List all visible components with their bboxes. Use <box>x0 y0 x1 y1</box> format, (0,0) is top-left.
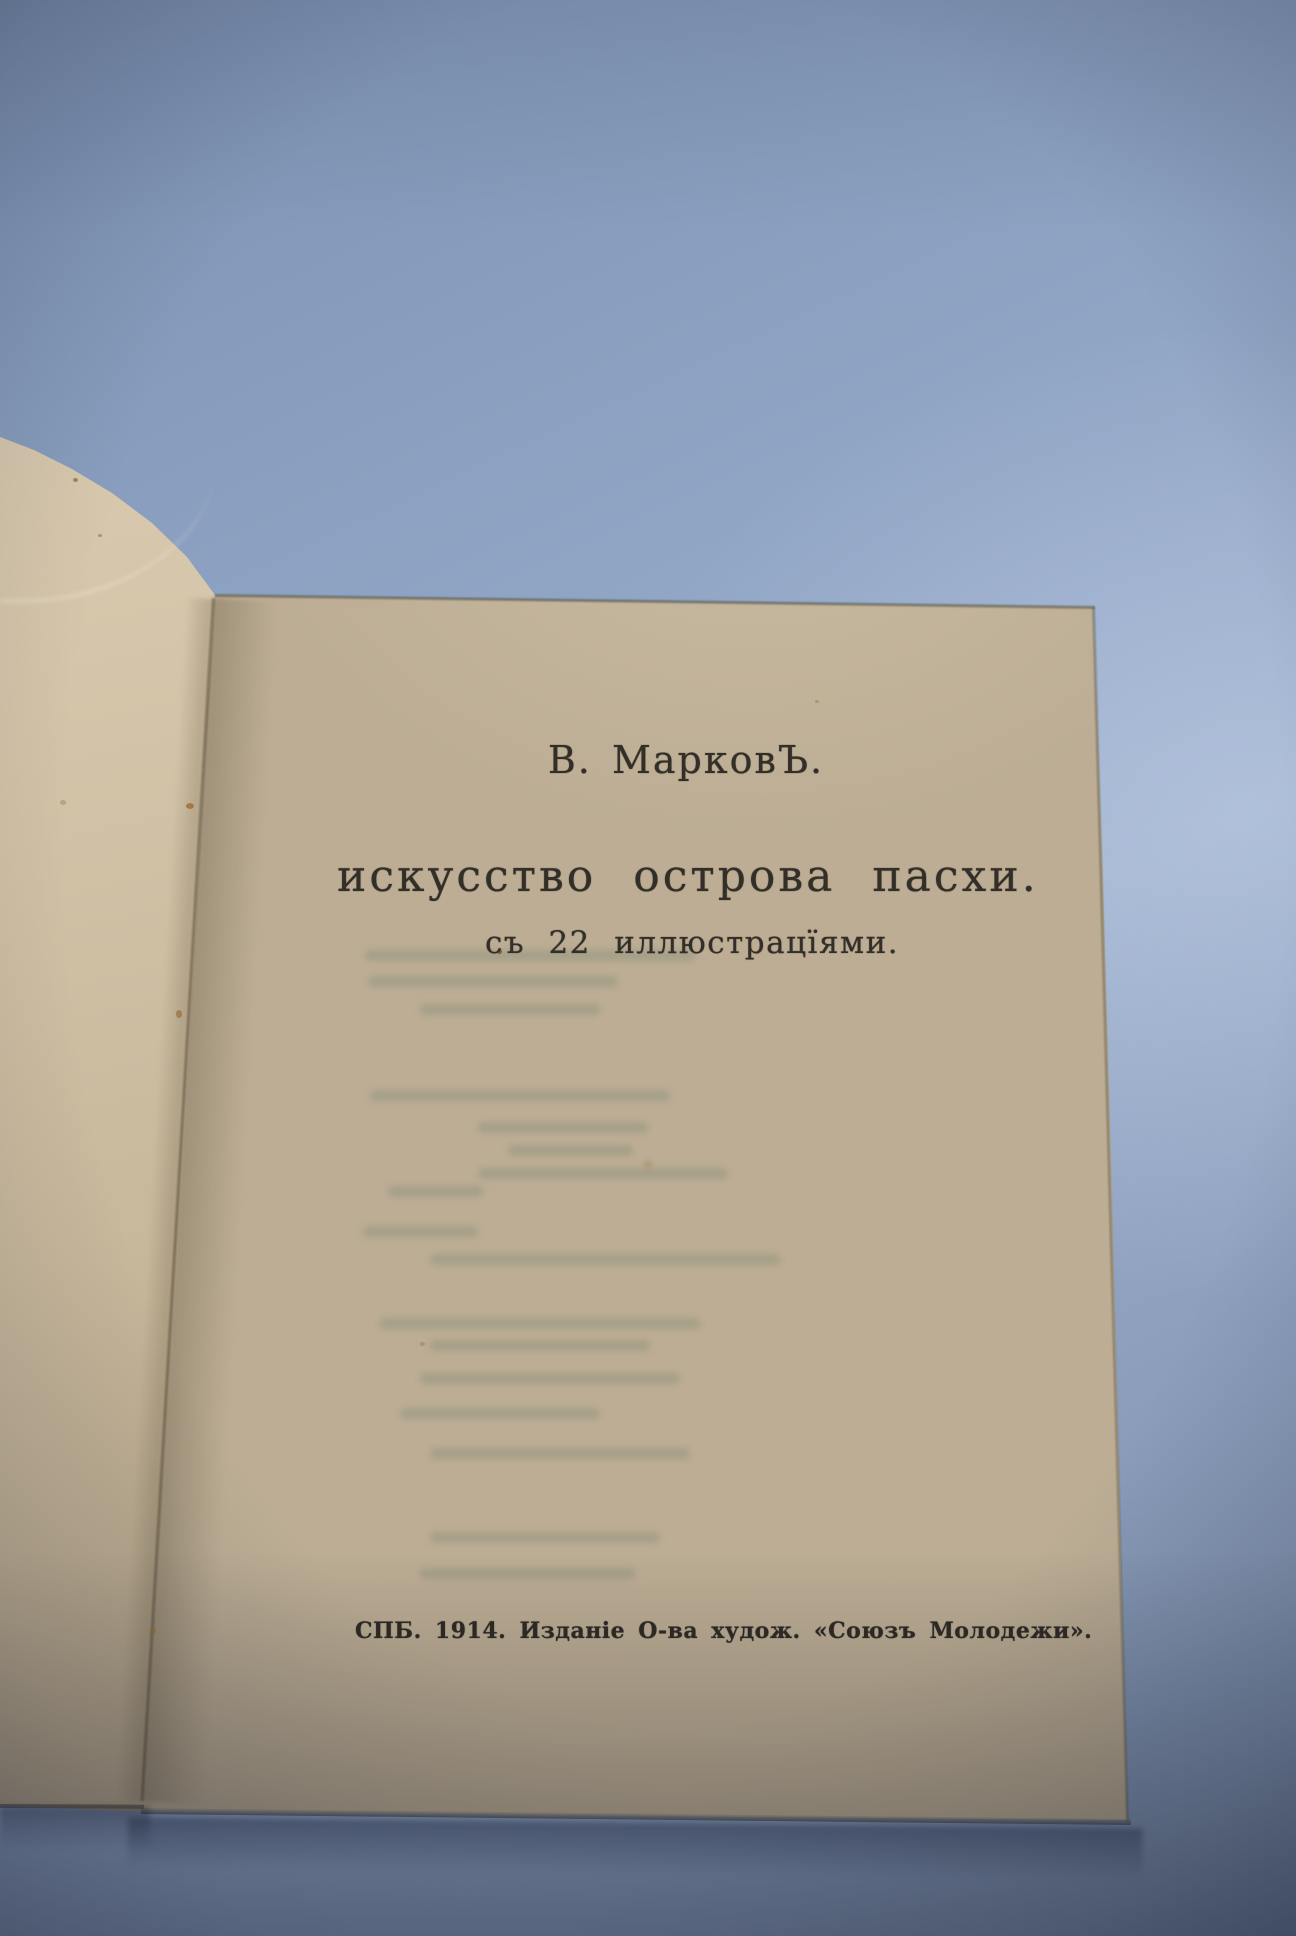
ghost-text-line <box>400 1408 600 1419</box>
foxing-speck <box>815 700 819 703</box>
ghost-text-line <box>430 1448 690 1459</box>
foxing-speck <box>643 1160 653 1169</box>
author-line: В. МарковЪ. <box>486 741 886 779</box>
ghost-text-line <box>478 1168 728 1179</box>
ghost-text-line <box>430 1254 780 1265</box>
ghost-text-line <box>478 1122 648 1133</box>
imprint-line: СПБ. 1914. Изданіе О-ва худож. «Союзъ Мо… <box>355 1620 955 1642</box>
foxing-speck <box>186 803 194 809</box>
book-title-line: искусство острова пасхи. <box>337 855 1037 899</box>
foxing-speck <box>420 1342 425 1346</box>
ghost-text-line <box>430 1340 650 1351</box>
foxing-speck <box>73 478 78 482</box>
ghost-text-line <box>420 1568 635 1579</box>
foxing-speck <box>176 1010 182 1018</box>
ghost-text-line <box>368 976 618 987</box>
ghost-text-line <box>430 1532 660 1543</box>
foxing-speck <box>150 1628 156 1634</box>
ghost-text-line <box>363 1226 478 1237</box>
flyleaf-cast-shadow <box>0 1807 150 1851</box>
ghost-text-line <box>388 1186 483 1197</box>
foxing-speck <box>60 800 66 805</box>
ghost-text-line <box>380 1318 700 1329</box>
ghost-text-line <box>420 1373 680 1384</box>
illustrations-note: съ 22 иллюстрацїями. <box>485 928 885 959</box>
ghost-text-line <box>370 1090 670 1101</box>
ghost-text-line <box>420 1004 600 1015</box>
book-cast-shadow <box>127 1817 1143 1880</box>
ghost-text-line <box>508 1145 633 1156</box>
photo-of-open-book: В. МарковЪ. искусство острова пасхи. съ … <box>0 0 1296 1936</box>
foxing-speck <box>98 534 102 537</box>
